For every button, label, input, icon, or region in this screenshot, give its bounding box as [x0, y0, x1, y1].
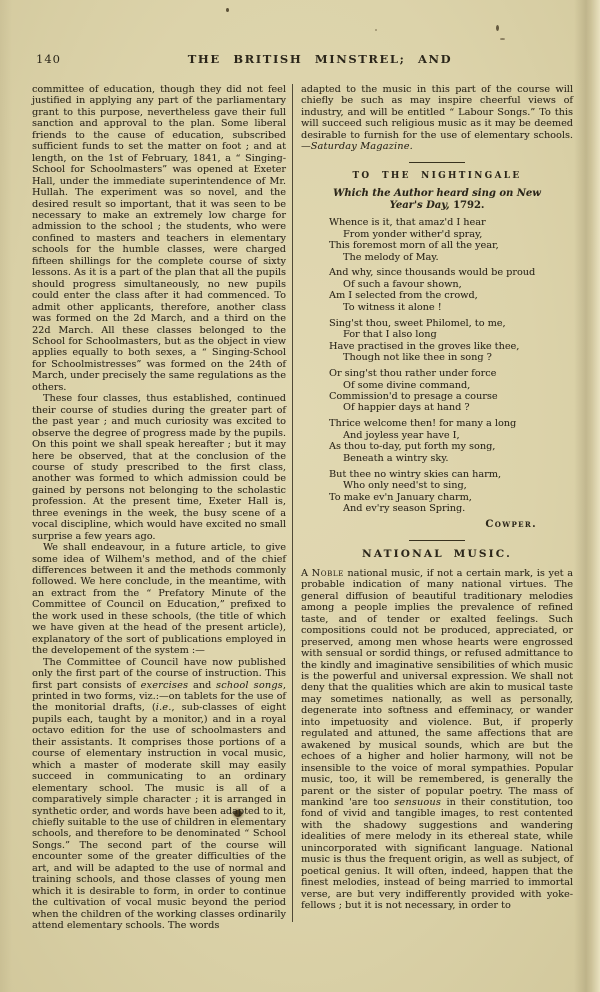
ink-speck	[375, 29, 377, 31]
poem-line: As thou to-day, put forth my song,	[329, 441, 573, 452]
poem-line: Thrice welcome then! for many a long	[329, 418, 573, 429]
left-column: committee of education, though they did …	[32, 84, 286, 932]
poem-line: Though not like thee in song ?	[329, 352, 573, 363]
ink-speck	[500, 38, 505, 40]
page-title: THE BRITISH MINSTREL; AND	[0, 52, 600, 66]
paragraph: committee of education, though they did …	[32, 84, 286, 393]
poem-author-signature: Cowper.	[301, 519, 573, 530]
ink-speck	[226, 8, 229, 12]
poem-line: And ev'ry season Spring.	[329, 503, 573, 514]
ink-speck	[496, 25, 499, 31]
poem-stanza: But thee no wintry skies can harm,Who on…	[329, 469, 573, 515]
poem-line: For that I also long	[329, 329, 573, 340]
poem-line: Of some divine command,	[329, 380, 573, 391]
poem-line: To make ev'n January charm,	[329, 492, 573, 503]
poem-stanza: And why, since thousands would be proudO…	[329, 267, 573, 313]
left-column-paragraphs: committee of education, though they did …	[32, 84, 286, 932]
book-page: 140 THE BRITISH MINSTREL; AND committee …	[0, 0, 600, 992]
poem-line: Whence is it, that amaz'd I hear	[329, 217, 573, 228]
poem-title: TO THE NIGHTINGALE	[301, 171, 573, 182]
poem-line: Have practised in the groves like thee,	[329, 341, 573, 352]
poem-line: Commission'd to presage a course	[329, 391, 573, 402]
poem-subtitle: Which the Author heard sing on New Year'…	[319, 188, 555, 211]
paragraph: These four classes, thus established, co…	[32, 393, 286, 542]
poem-stanza: Thrice welcome then! for many a longAnd …	[329, 418, 573, 464]
poem-line: From yonder wither'd spray,	[329, 229, 573, 240]
article-title: NATIONAL MUSIC.	[301, 549, 573, 560]
article-paragraph: A Noble national music, if not a certain…	[301, 568, 573, 912]
section-divider-rule	[409, 540, 465, 541]
poem-line: To witness it alone !	[329, 302, 573, 313]
paragraph: We shall endeavour, in a future article,…	[32, 542, 286, 657]
paragraph: The Committee of Council have now publis…	[32, 657, 286, 932]
poem-stanzas: Whence is it, that amaz'd I hearFrom yon…	[301, 217, 573, 514]
poem-line: This foremost morn of all the year,	[329, 240, 573, 251]
poem-line: The melody of May.	[329, 252, 573, 263]
right-column: adapted to the music in this part of the…	[301, 84, 573, 912]
poem-line: Sing'st thou, sweet Philomel, to me,	[329, 318, 573, 329]
poem-line: Beneath a wintry sky.	[329, 453, 573, 464]
section-divider-rule	[409, 162, 465, 163]
poem-line: Am I selected from the crowd,	[329, 290, 573, 301]
column-divider-line	[292, 84, 293, 922]
poem-line: But thee no wintry skies can harm,	[329, 469, 573, 480]
poem-line: And joyless year have I,	[329, 430, 573, 441]
continuation-paragraph: adapted to the music in this part of the…	[301, 84, 573, 153]
poem-line: Of happier days at hand ?	[329, 402, 573, 413]
poem-stanza: Or sing'st thou rather under forceOf som…	[329, 368, 573, 414]
poem-line: Of such a favour shown,	[329, 279, 573, 290]
poem-line: Or sing'st thou rather under force	[329, 368, 573, 379]
poem-line: Who only need'st to sing,	[329, 480, 573, 491]
poem-stanza: Whence is it, that amaz'd I hearFrom yon…	[329, 217, 573, 263]
poem-line: And why, since thousands would be proud	[329, 267, 573, 278]
poem-stanza: Sing'st thou, sweet Philomel, to me,For …	[329, 318, 573, 364]
